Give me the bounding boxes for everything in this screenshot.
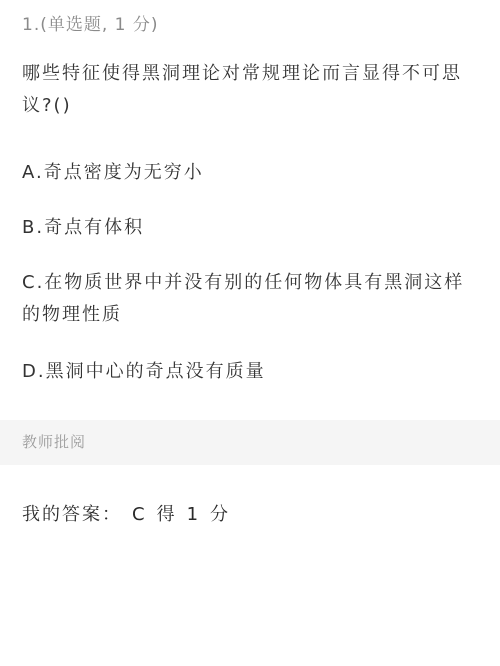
score-value: 1 [187,504,200,525]
my-answer-value: C [132,504,147,525]
question-number-type: 1.(单选题, 1 分) [22,10,159,35]
question-stem: 哪些特征使得黑洞理论对常规理论而言显得不可思议?() [22,58,482,122]
option-a[interactable]: A.奇点密度为无穷小 [22,157,482,189]
score-suffix: 分 [210,500,230,526]
option-b[interactable]: B.奇点有体积 [22,212,482,244]
option-c[interactable]: C.在物质世界中并没有别的任何物体具有黑洞这样的物理性质 [22,267,482,331]
option-d[interactable]: D.黑洞中心的奇点没有质量 [22,356,482,388]
teacher-review-header: 教师批阅 [0,420,500,465]
my-answer-row: 我的答案： C 得 1 分 [22,500,230,526]
my-answer-label: 我的答案： [22,500,122,526]
score-prefix: 得 [157,500,177,526]
teacher-review-label: 教师批阅 [22,431,86,452]
